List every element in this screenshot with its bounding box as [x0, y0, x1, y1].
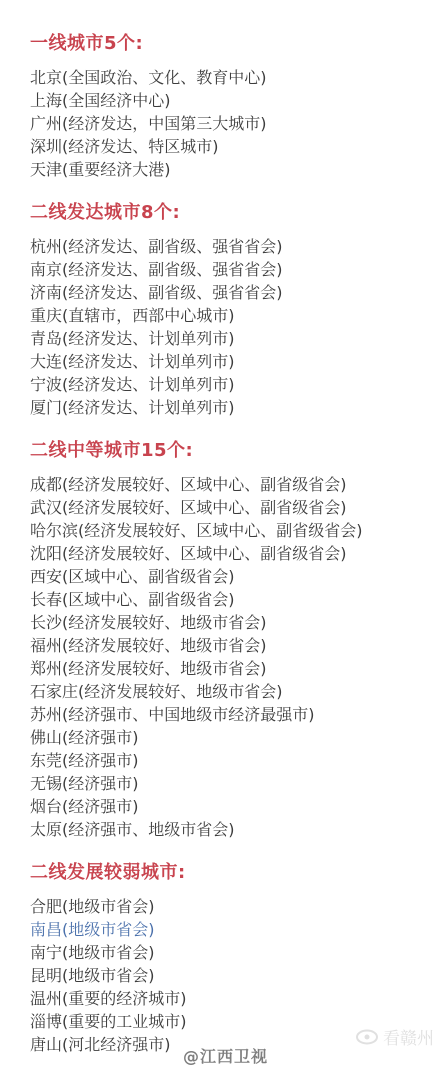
corner-watermark: 看赣州 [356, 1024, 434, 1049]
city-tier-document: 一线城市5个: 北京(全国政治、文化、教育中心) 上海(全国经济中心) 广州(经… [30, 34, 434, 1072]
city-list: 北京(全国政治、文化、教育中心) 上海(全国经济中心) 广州(经济发达，中国第三… [30, 66, 434, 181]
section-heading: 二线中等城市15个: [30, 441, 434, 460]
broadcaster-watermark: @江西卫视 [183, 1044, 268, 1067]
city-list-item: 无锡(经济强市) [30, 772, 434, 795]
city-list: 成都(经济发展较好、区域中心、副省级省会) 武汉(经济发展较好、区域中心、副省级… [30, 473, 434, 841]
city-list-item: 大连(经济发达、计划单列市) [30, 350, 434, 373]
watermark-logo-icon [356, 1029, 378, 1045]
city-list-item: 北京(全国政治、文化、教育中心) [30, 66, 434, 89]
city-list: 杭州(经济发达、副省级、强省省会) 南京(经济发达、副省级、强省省会) 济南(经… [30, 235, 434, 419]
city-list-item: 长春(区域中心、副省级省会) [30, 588, 434, 611]
city-list-item: 长沙(经济发展较好、地级市省会) [30, 611, 434, 634]
city-tier-section: 二线发达城市8个: 杭州(经济发达、副省级、强省省会) 南京(经济发达、副省级、… [30, 203, 434, 419]
city-list-item: 深圳(经济发达、特区城市) [30, 135, 434, 158]
city-list-item: 广州(经济发达，中国第三大城市) [30, 112, 434, 135]
city-list-item: 苏州(经济强市、中国地级市经济最强市) [30, 703, 434, 726]
city-list-item: 济南(经济发达、副省级、强省省会) [30, 281, 434, 304]
city-list-item: 武汉(经济发展较好、区域中心、副省级省会) [30, 496, 434, 519]
city-list-item: 青岛(经济发达、计划单列市) [30, 327, 434, 350]
city-list-item: 杭州(经济发达、副省级、强省省会) [30, 235, 434, 258]
city-list-item: 南宁(地级市省会) [30, 941, 434, 964]
city-list-item: 重庆(直辖市，西部中心城市) [30, 304, 434, 327]
city-list-item: 沈阳(经济发展较好、区域中心、副省级省会) [30, 542, 434, 565]
city-list-item: 厦门(经济发达、计划单列市) [30, 396, 434, 419]
city-list-item: 烟台(经济强市) [30, 795, 434, 818]
city-tier-section: 一线城市5个: 北京(全国政治、文化、教育中心) 上海(全国经济中心) 广州(经… [30, 34, 434, 181]
section-heading: 二线发达城市8个: [30, 203, 434, 222]
city-list-item: 合肥(地级市省会) [30, 895, 434, 918]
sections-container: 一线城市5个: 北京(全国政治、文化、教育中心) 上海(全国经济中心) 广州(经… [30, 34, 434, 1056]
city-list-item: 上海(全国经济中心) [30, 89, 434, 112]
city-list-item: 福州(经济发展较好、地级市省会) [30, 634, 434, 657]
city-tier-section: 二线中等城市15个: 成都(经济发展较好、区域中心、副省级省会) 武汉(经济发展… [30, 441, 434, 841]
city-list-item: 昆明(地级市省会) [30, 964, 434, 987]
corner-watermark-text: 看赣州 [383, 1024, 434, 1049]
city-list-item: 天津(重要经济大港) [30, 158, 434, 181]
section-heading: 二线发展较弱城市: [30, 863, 434, 882]
city-list-item: 佛山(经济强市) [30, 726, 434, 749]
section-heading: 一线城市5个: [30, 34, 434, 53]
city-list-item: 成都(经济发展较好、区域中心、副省级省会) [30, 473, 434, 496]
city-list-item: 太原(经济强市、地级市省会) [30, 818, 434, 841]
city-list-item: 石家庄(经济发展较好、地级市省会) [30, 680, 434, 703]
city-list-item: 南昌(地级市省会) [30, 918, 434, 941]
city-list-item: 温州(重要的经济城市) [30, 987, 434, 1010]
city-list-item: 东莞(经济强市) [30, 749, 434, 772]
city-list-item: 南京(经济发达、副省级、强省省会) [30, 258, 434, 281]
city-list-item: 宁波(经济发达、计划单列市) [30, 373, 434, 396]
city-list-item: 西安(区域中心、副省级省会) [30, 565, 434, 588]
city-list-item: 哈尔滨(经济发展较好、区域中心、副省级省会) [30, 519, 434, 542]
city-list-item: 郑州(经济发展较好、地级市省会) [30, 657, 434, 680]
